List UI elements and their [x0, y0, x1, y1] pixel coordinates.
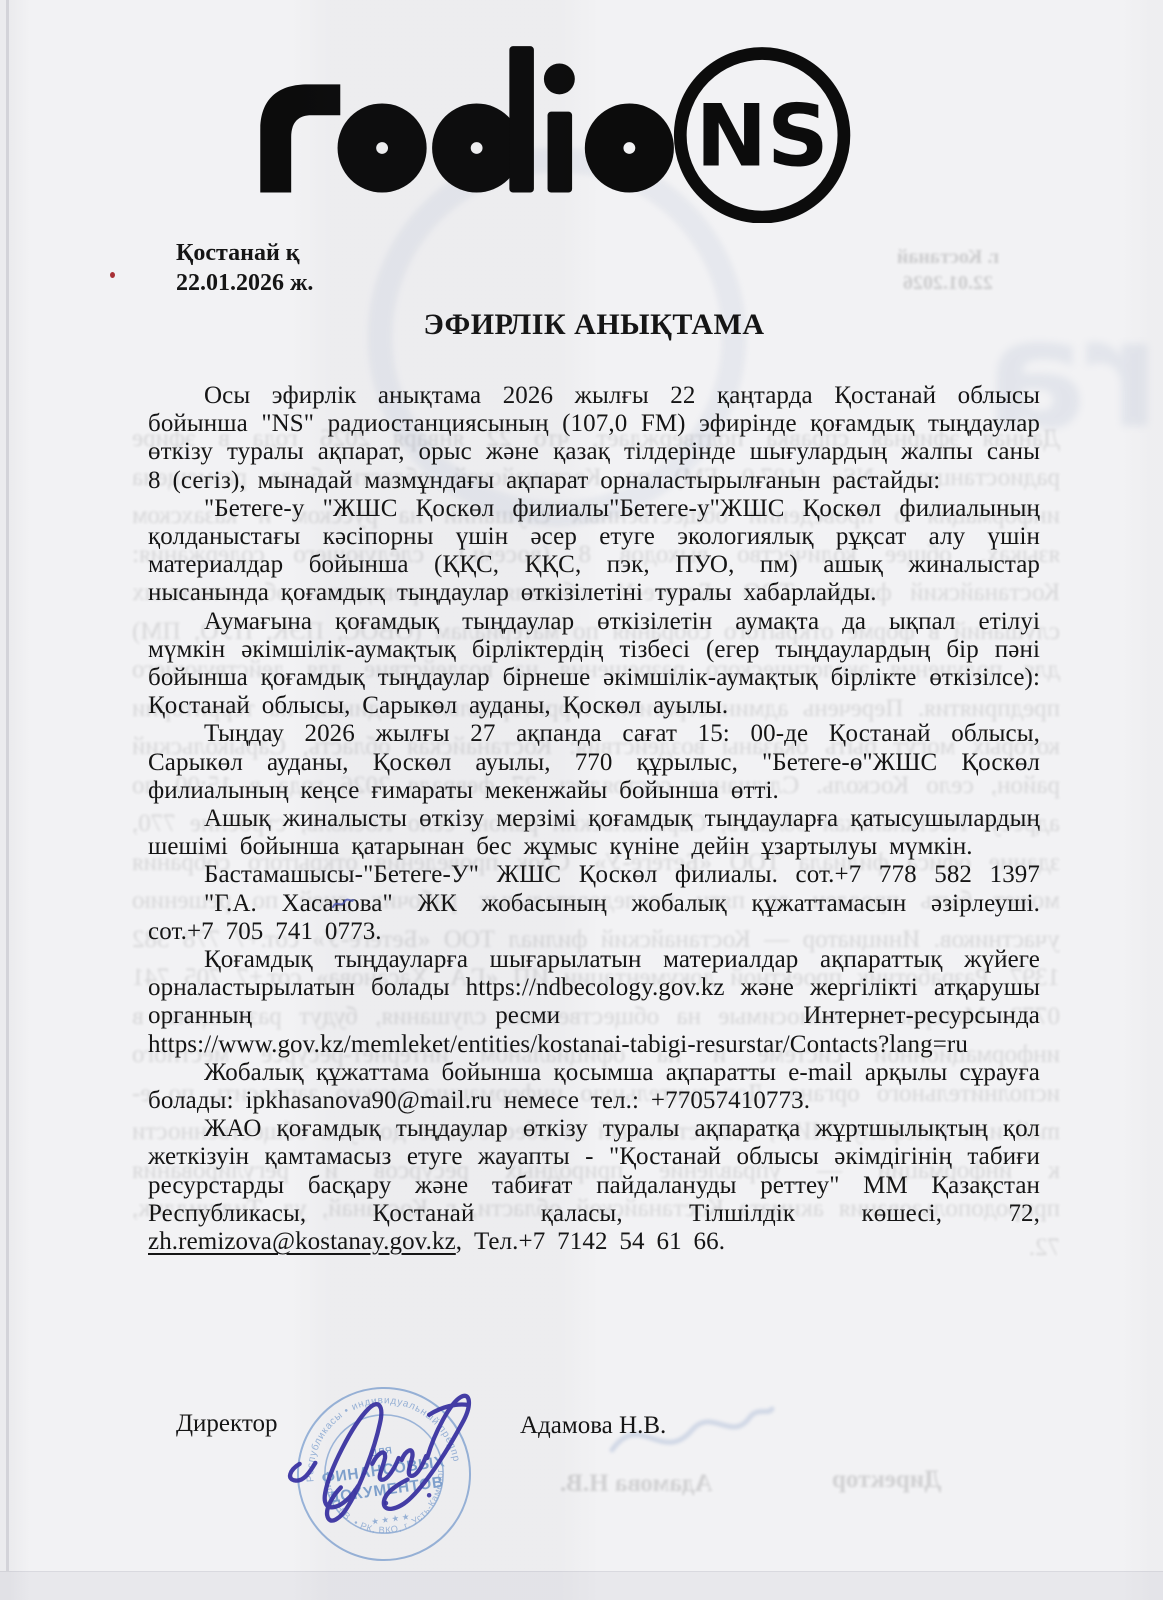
radio-ns-logo-art: radio	[253, 28, 853, 223]
document-body: ЭФИРЛІК АНЫҚТАМА Осы эфирлік анықтама 20…	[148, 308, 1040, 1256]
vinyl-hole-a	[376, 142, 388, 154]
city-line: Қостанай қ	[176, 238, 313, 268]
letter-r	[260, 84, 340, 192]
paragraph-initiator: Бастамашысы-"Бетеге-У" ЖШС Қоскөл филиал…	[148, 861, 1040, 889]
letter-d-stem	[509, 46, 534, 192]
paragraph-closing: ЖАО қоғамдық тыңдаулар өткізу туралы ақп…	[148, 1115, 1040, 1256]
vinyl-hole-d	[471, 142, 483, 154]
ghost-signature-scribble	[600, 1395, 780, 1485]
letter-i-dot	[544, 63, 575, 94]
director-name: Адамова Н.В.	[520, 1412, 666, 1440]
blue-pen-mark	[332, 897, 354, 911]
vinyl-hole-o	[623, 142, 635, 154]
closing-text-after: , Тел.+7 7142 54 61 66.	[456, 1228, 725, 1255]
document-header: Қостанай қ 22.01.2026 ж.	[176, 238, 313, 298]
paragraph-contact: Жобалық құжаттама бойынша қосымша ақпара…	[148, 1059, 1040, 1115]
paragraph: Ашық жиналысты өткізу мерзімі қоғамдық т…	[148, 805, 1040, 861]
contact-email: zh.remizova@kostanay.gov.kz	[148, 1228, 456, 1255]
scan-bottom-strip	[0, 1571, 1163, 1600]
paragraph-materials: Қоғамдық тыңдауларға шығарылатын материа…	[148, 946, 1040, 1059]
letter-i-stem	[548, 112, 573, 193]
ghost-date: 22.01.2026	[858, 270, 1038, 296]
document-title: ЭФИРЛІК АНЫҚТАМА	[148, 308, 1040, 342]
ghost-city: г. Костанай	[858, 244, 1038, 270]
paragraph: Осы эфирлік анықтама 2026 жылғы 22 қаңта…	[148, 382, 1040, 495]
ghost-header-text: г. Костанай 22.01.2026	[858, 244, 1038, 296]
paragraph: Аумағына қоғамдық тыңдаулар өткізілетін …	[148, 608, 1040, 721]
ns-letters: NS	[696, 87, 829, 186]
scan-edge-line	[6, 0, 9, 1600]
closing-text-before: ЖАО қоғамдық тыңдаулар өткізу туралы ақп…	[148, 1115, 1040, 1227]
radio-ns-logo: radio	[253, 28, 853, 228]
radio-wordmark	[260, 46, 674, 192]
date-line: 22.01.2026 ж.	[176, 268, 313, 298]
handwritten-signature	[282, 1368, 537, 1548]
director-label: Директор	[176, 1410, 277, 1438]
red-ink-dot	[110, 272, 115, 278]
ghost-director-label: Директор	[832, 1466, 941, 1494]
paragraph: "Бетеге-у "ЖШС Қоскөл филиалы"Бетеге-у"Ж…	[148, 495, 1040, 608]
paragraph-developer: "Г.А. Хасанова" ЖК жобасының жобалық құж…	[148, 890, 1040, 946]
scanned-document-page: ra г. Костанай 22.01.2026 Данная эфирная…	[0, 0, 1163, 1600]
paragraph: Тыңдау 2026 жылғы 27 ақпанда сағат 15: 0…	[148, 720, 1040, 805]
